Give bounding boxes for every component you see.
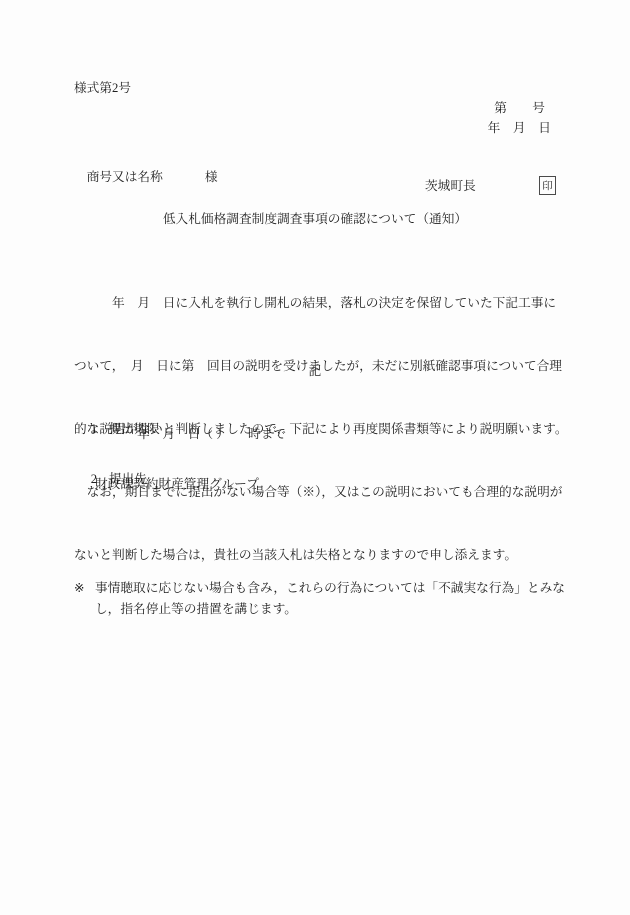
seal-stamp-box: 印 [539, 176, 556, 195]
notice-document-page: 様式第2号 第 号 年 月 日 商号又は名称様 茨城町長 印 低入札価格調査制度… [0, 0, 630, 915]
item-1-detail: 年 月 日（ ） 時まで [137, 426, 286, 442]
addressee-label: 商号又は名称 [87, 170, 163, 184]
addressee-name-blank [163, 180, 205, 181]
body-line: 年 月 日に入札を執行し開札の結果，落札の決定を保留していた下記工事に [74, 293, 568, 314]
footnote: ※ 事情聴取に応じない場合も含み，これらの行為については「不誠実な行為」とみな … [74, 578, 565, 620]
footnote-text: 事情聴取に応じない場合も含み，これらの行為については「不誠実な行為」とみな し，… [95, 578, 565, 620]
document-number-line: 第 号 [494, 100, 545, 116]
item-2-detail: 財政課契約財産管理グループ [95, 476, 259, 492]
record-heading: 記 [0, 363, 630, 379]
footnote-line: 事情聴取に応じない場合も含み，これらの行為については「不誠実な行為」とみな [95, 578, 565, 599]
sender-name: 茨城町長 [425, 178, 476, 194]
document-title: 低入札価格調査制度調査事項の確認について（通知） [0, 211, 630, 227]
addressee-honorific: 様 [205, 170, 218, 184]
item-1-number: 1 [91, 422, 97, 436]
footnote-line: し，指名停止等の措置を講じます。 [95, 599, 565, 620]
footnote-marker: ※ [74, 578, 95, 620]
body-line: ないと判断した場合は，貴社の当該入札は失格となりますので申し添えます。 [74, 545, 568, 566]
addressee-line: 商号又は名称様 [74, 153, 218, 201]
issue-date-line: 年 月 日 [488, 120, 551, 136]
form-number: 様式第2号 [74, 80, 131, 96]
